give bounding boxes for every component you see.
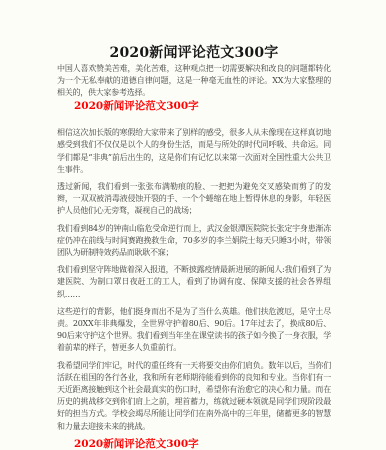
article-paragraph: 我们看到84岁的钟南山临危受命逆行而上，武汉金银潭医院院长张定宇身患渐冻症仍冲在…	[57, 223, 331, 260]
section-heading-top: 2020新闻评论范文300字	[57, 100, 331, 113]
intro-paragraph: 中国人喜欢赞美苦难，美化苦难，这种观点把一切需要解决和改良的问题都转化为一个无私…	[57, 63, 331, 100]
document-content: 2020新闻评论范文300字 中国人喜欢赞美苦难，美化苦难，这种观点把一切需要解…	[57, 45, 331, 450]
page-title: 2020新闻评论范文300字	[57, 45, 331, 62]
article-paragraph: 相信这次加长版的寒假给大家带来了别样的感受，很多人从未像现在这样真切地感受到我们…	[57, 127, 331, 176]
document-page: 2020新闻评论范文300字 中国人喜欢赞美苦难，美化苦难，这种观点把一切需要解…	[0, 0, 386, 450]
article-paragraph: 这些逆行的背影，他们挺身而出不是为了当什么英雄。他们扶危渡厄，是守土尽责。20X…	[57, 306, 331, 355]
section-heading-bottom: 2020新闻评论范文300字	[57, 438, 331, 450]
article-paragraph: 我们看到坚守阵地做着深入报道，不断披露疫情最新进展的新闻人:我们看到了为建医院、…	[57, 264, 331, 301]
article-paragraph: 透过新闻，我们看到一张张布满勒痕的脸、一把把为避免交叉感染而剪了的发辫，一双双被…	[57, 181, 331, 218]
article-paragraph: 我希望同学们牢记，时代的重任终有一天将要交由你们肩负。数年以后，当你们活跃在祖国…	[57, 360, 331, 433]
